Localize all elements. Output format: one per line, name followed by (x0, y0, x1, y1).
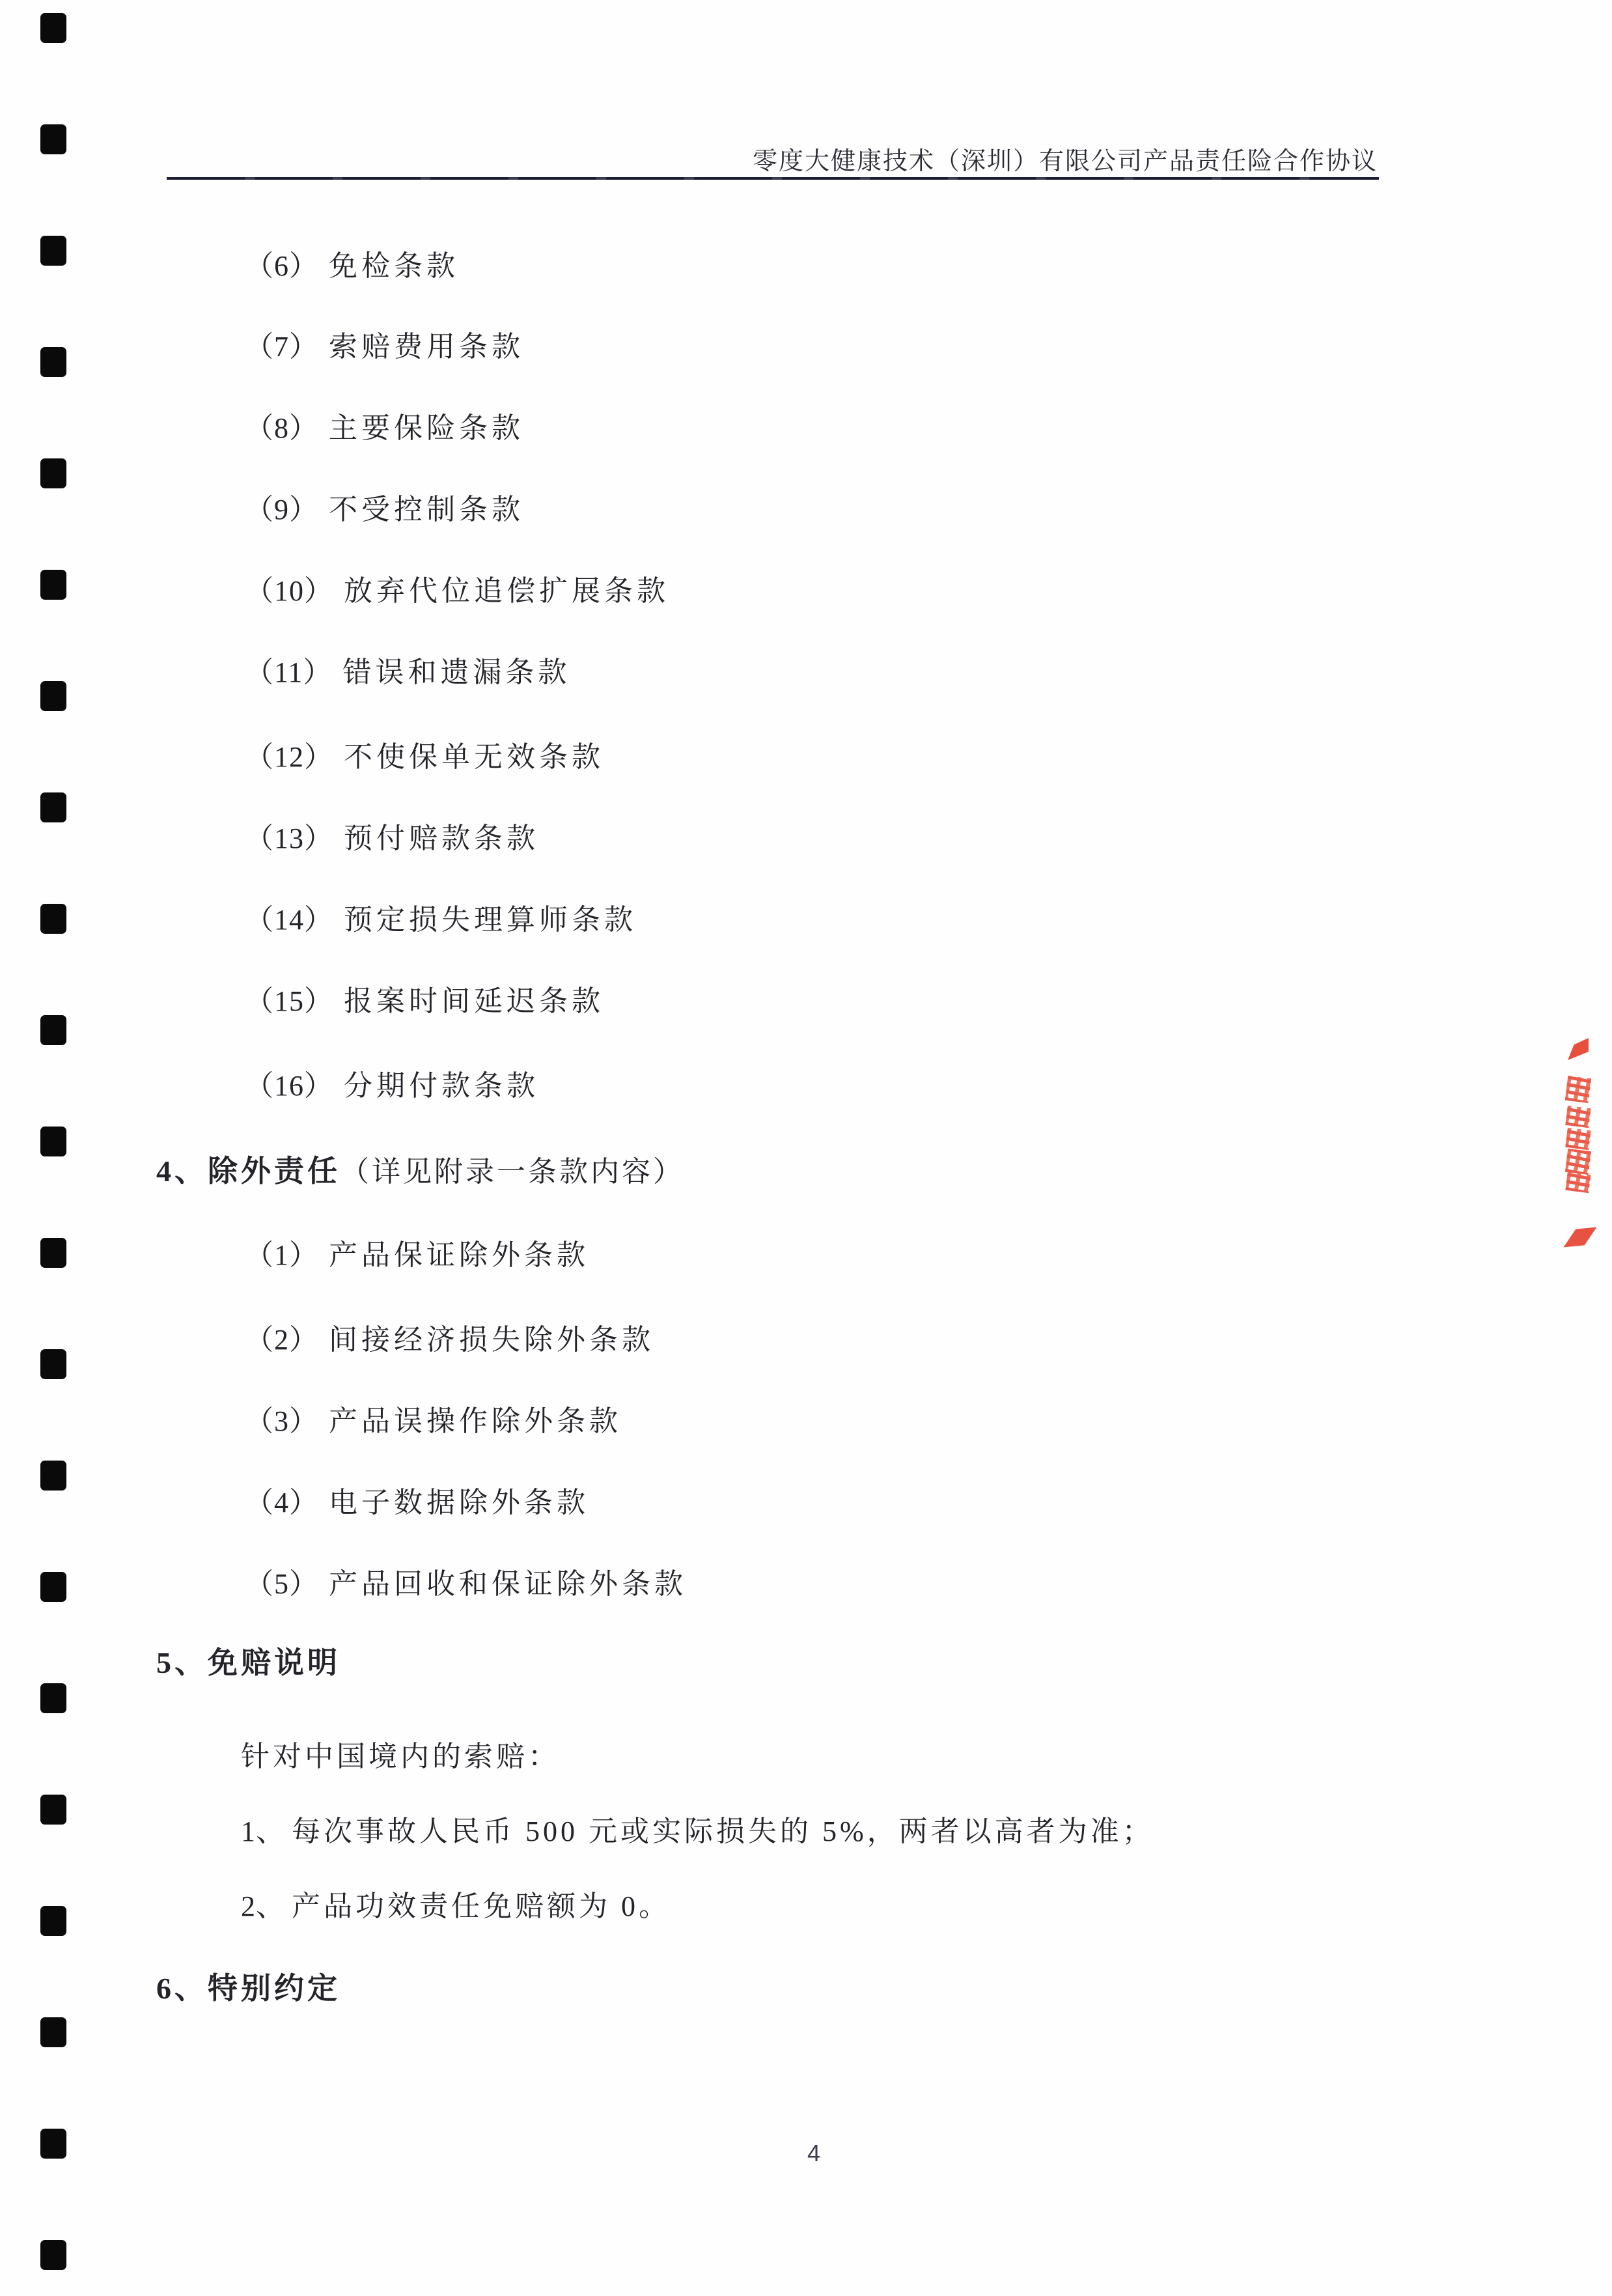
clause-number: （3） (245, 1405, 318, 1437)
binding-hole (40, 2017, 66, 2047)
clause-number: （10） (245, 575, 333, 607)
clause-number: （2） (245, 1324, 318, 1356)
binding-hole (40, 1238, 66, 1268)
clause-number: （4） (245, 1487, 318, 1519)
clause-number: （11） (245, 656, 332, 688)
clause-label: 索赔费用条款 (329, 331, 524, 363)
stamp-mark (1565, 1106, 1591, 1128)
clause-label: 不受控制条款 (329, 494, 524, 525)
clause-number: （13） (245, 822, 333, 854)
stamp-mark (1568, 1038, 1589, 1060)
stamp-mark (1563, 1227, 1596, 1248)
binding-hole (40, 1683, 66, 1713)
stamp-mark (1565, 1172, 1591, 1193)
binding-hole (40, 570, 66, 600)
exclusion-item-1: （1）产品保证除外条款 (245, 1231, 589, 1273)
binding-hole (40, 13, 66, 43)
clause-label: 产品保证除外条款 (329, 1239, 589, 1271)
section-number: 6、 (156, 1972, 208, 2005)
exclusion-item-5: （5）产品回收和保证除外条款 (245, 1560, 687, 1602)
clause-label: 免检条款 (329, 250, 459, 282)
binding-hole (40, 681, 66, 711)
item-text: 产品功效责任免赔额为 0。 (292, 1890, 671, 1922)
clause-label: 错误和遗漏条款 (342, 656, 570, 688)
binding-hole (40, 236, 66, 266)
clause-number: （16） (245, 1070, 333, 1102)
stamp-mark (1565, 1076, 1591, 1103)
binding-hole (40, 1015, 66, 1045)
clause-number: （15） (245, 985, 333, 1017)
clause-label: 间接经济损失除外条款 (329, 1324, 654, 1356)
clause-item-15: （15）报案时间延迟条款 (245, 977, 604, 1019)
section-note: （详见附录一条款内容） (340, 1156, 684, 1188)
clause-item-10: （10）放弃代位追偿扩展条款 (245, 567, 669, 609)
binding-hole (40, 1461, 66, 1491)
section-title: 特别约定 (208, 1972, 340, 2005)
exclusion-item-4: （4）电子数据除外条款 (245, 1479, 589, 1520)
deductible-item-2: 2、产品功效责任免赔额为 0。 (241, 1883, 671, 1924)
clause-item-12: （12）不使保单无效条款 (245, 733, 604, 775)
clause-item-6: （6）免检条款 (245, 242, 459, 284)
clause-label: 报案时间延迟条款 (344, 985, 604, 1017)
binding-hole (40, 792, 66, 822)
binding-hole (40, 1795, 66, 1825)
stamp-mark (1565, 1128, 1591, 1150)
header-title: 零度大健康技术（深圳）有限公司产品责任险合作协议 (753, 141, 1378, 176)
clause-label: 分期付款条款 (344, 1070, 539, 1102)
clause-item-13: （13）预付赔款条款 (245, 815, 539, 856)
clause-number: （5） (245, 1568, 318, 1600)
clause-item-8: （8）主要保险条款 (245, 404, 524, 446)
item-text: 每次事故人民币 500 元或实际损失的 5%，两者以高者为准； (292, 1815, 1154, 1847)
section-6-heading: 6、特别约定 (156, 1965, 340, 2008)
deductible-intro: 针对中国境内的索赔： (241, 1733, 560, 1774)
deductible-item-1: 1、每次事故人民币 500 元或实际损失的 5%，两者以高者为准； (241, 1808, 1154, 1849)
section-title: 免赔说明 (208, 1646, 340, 1679)
section-number: 5、 (156, 1646, 208, 1679)
binding-hole (40, 1906, 66, 1936)
clause-item-9: （9）不受控制条款 (245, 486, 524, 527)
stamp-mark (1565, 1149, 1591, 1175)
clause-label: 预付赔款条款 (344, 822, 539, 854)
binding-hole (40, 904, 66, 934)
clause-label: 不使保单无效条款 (344, 741, 604, 773)
item-number: 1、 (241, 1815, 285, 1847)
clause-label: 产品误操作除外条款 (329, 1405, 622, 1437)
clause-number: （8） (245, 412, 318, 444)
clause-item-14: （14）预定损失理算师条款 (245, 896, 637, 938)
item-number: 2、 (241, 1890, 285, 1922)
clause-item-16: （16）分期付款条款 (245, 1062, 539, 1104)
binding-hole (40, 1572, 66, 1602)
section-4-heading: 4、除外责任（详见附录一条款内容） (156, 1147, 684, 1190)
clause-number: （12） (245, 741, 333, 773)
binding-hole (40, 1349, 66, 1379)
clause-label: 主要保险条款 (329, 412, 524, 444)
exclusion-item-2: （2）间接经济损失除外条款 (245, 1316, 654, 1358)
red-stamp-fragment (1561, 1035, 1612, 1257)
clause-number: （7） (245, 331, 318, 363)
clause-item-7: （7）索赔费用条款 (245, 323, 524, 365)
section-5-heading: 5、免赔说明 (156, 1639, 340, 1682)
exclusion-item-3: （3）产品误操作除外条款 (245, 1397, 622, 1439)
binding-hole (40, 124, 66, 154)
clause-number: （1） (245, 1239, 318, 1271)
clause-item-11: （11）错误和遗漏条款 (245, 649, 570, 690)
binding-hole (40, 2129, 66, 2159)
section-title: 除外责任 (208, 1155, 340, 1188)
clause-label: 电子数据除外条款 (329, 1487, 589, 1519)
binding-hole (40, 347, 66, 377)
clause-label: 预定损失理算师条款 (344, 904, 637, 936)
clause-number: （14） (245, 904, 333, 936)
page-number: 4 (716, 2140, 911, 2167)
clause-label: 放弃代位追偿扩展条款 (344, 575, 669, 607)
binding-hole (40, 2240, 66, 2270)
document-page: 零度大健康技术（深圳）有限公司产品责任险合作协议 （6）免检条款 （7）索赔费用… (0, 0, 1612, 2296)
section-number: 4、 (156, 1155, 208, 1188)
binding-hole (40, 458, 66, 488)
binding-hole (40, 1127, 66, 1156)
clause-label: 产品回收和保证除外条款 (329, 1568, 687, 1600)
clause-number: （6） (245, 250, 318, 282)
clause-number: （9） (245, 494, 318, 525)
header-rule (167, 177, 1379, 180)
